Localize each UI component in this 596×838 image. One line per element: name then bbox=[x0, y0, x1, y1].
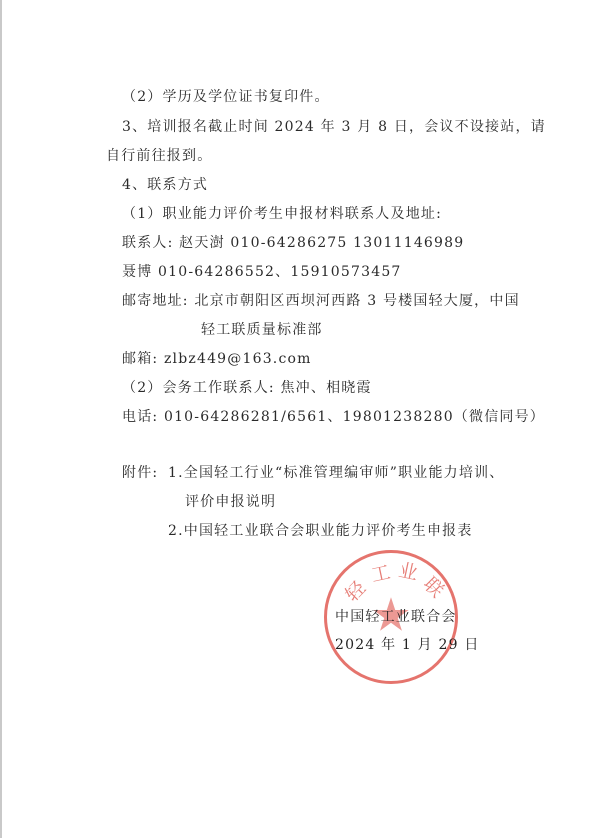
item-registration-deadline: 3、培训报名截止时间 2024 年 3 月 8 日，会议不设接站，请 bbox=[122, 118, 546, 136]
section-contact-heading: 4、联系方式 bbox=[122, 176, 208, 194]
item-registration-deadline-cont: 自行前往报到。 bbox=[106, 147, 212, 165]
contact-person-nie: 聂博 010-64286552、15910573457 bbox=[122, 263, 402, 281]
contact-materials-heading: （1）职业能力评价考生申报材料联系人及地址: bbox=[122, 205, 442, 223]
attachment-1: 1.全国轻工行业“标准管理编审师”职业能力培训、 bbox=[168, 464, 504, 482]
seal-char: 工 bbox=[368, 557, 392, 587]
item-certificate-copy: （2）学历及学位证书复印件。 bbox=[122, 88, 330, 106]
attachment-2: 2.中国轻工业联合会职业能力评价考生申报表 bbox=[168, 522, 473, 540]
mailing-address-cont: 轻工联质量标准部 bbox=[201, 321, 323, 339]
seal-char: 业 bbox=[396, 555, 420, 585]
seal-char: 联 bbox=[418, 570, 451, 603]
signature-date: 2024 年 1 月 29 日 bbox=[335, 634, 480, 654]
document-page: （2）学历及学位证书复印件。 3、培训报名截止时间 2024 年 3 月 8 日… bbox=[0, 0, 596, 838]
contact-email: 邮箱: zlbz449@163.com bbox=[122, 350, 312, 368]
conference-contact-heading: （2）会务工作联系人: 焦冲、相晓霞 bbox=[122, 379, 372, 397]
contact-person-zhao: 联系人: 赵天澍 010-64286275 13011146989 bbox=[122, 234, 464, 252]
signature-organization: 中国轻工业联合会 bbox=[335, 606, 457, 626]
conference-phone: 电话: 010-64286281/6561、19801238280（微信同号） bbox=[122, 408, 545, 426]
attachment-1-cont: 评价申报说明 bbox=[185, 493, 276, 511]
seal-char: 轻 bbox=[338, 574, 371, 607]
mailing-address: 邮寄地址: 北京市朝阳区西坝河西路 3 号楼国轻大厦，中国 bbox=[122, 292, 520, 310]
attachments-label: 附件: bbox=[122, 464, 158, 482]
